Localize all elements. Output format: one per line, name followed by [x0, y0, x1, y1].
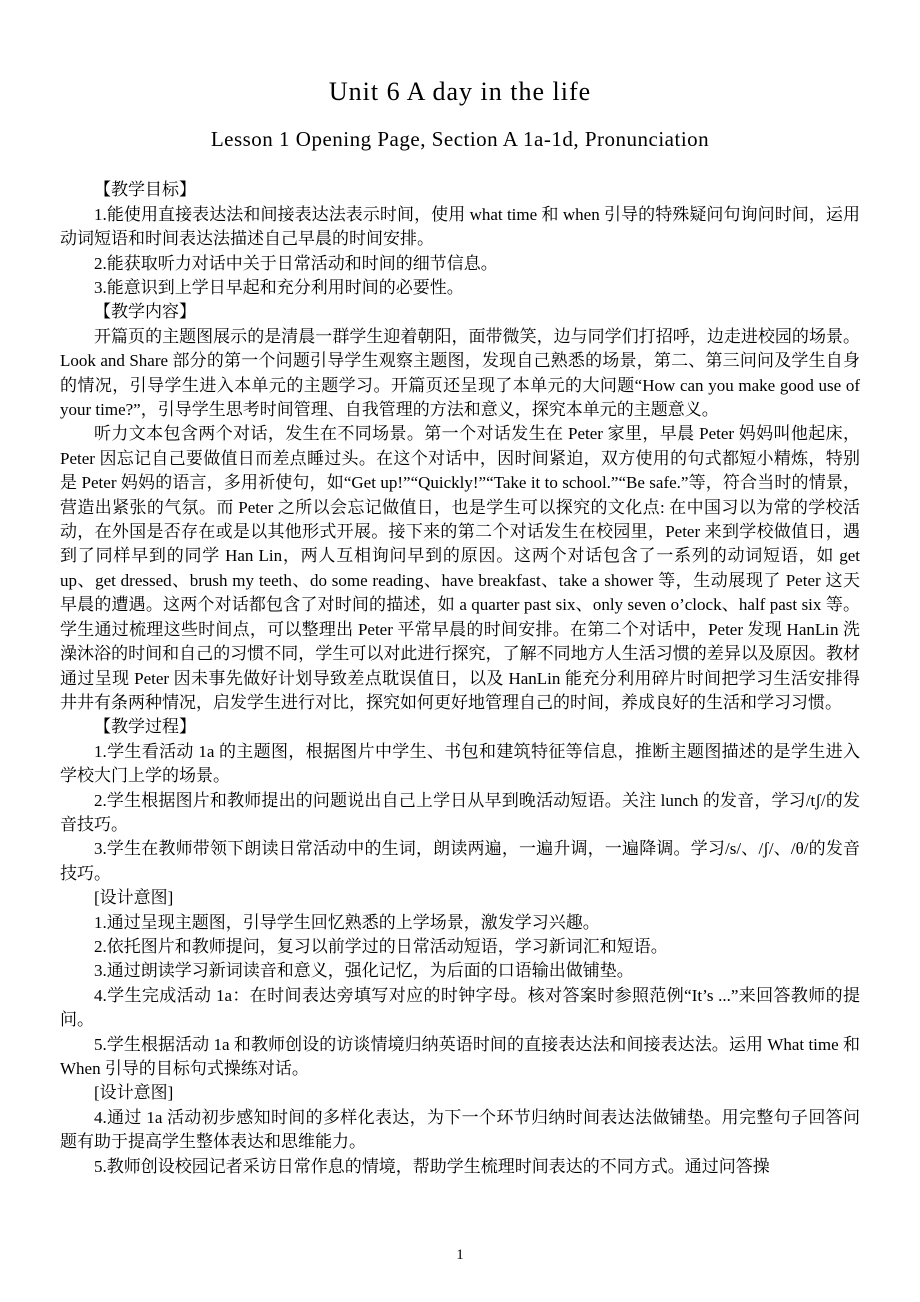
- body-paragraph: 开篇页的主题图展示的是清晨一群学生迎着朝阳，面带微笑，边与同学们打招呼，边走进校…: [60, 325, 860, 423]
- body-paragraph: 2.学生根据图片和教师提出的问题说出自己上学日从早到晚活动短语。关注 lunch…: [60, 789, 860, 838]
- section-heading-content: 【教学内容】: [60, 300, 860, 324]
- body-paragraph: 听力文本包含两个对话，发生在不同场景。第一个对话发生在 Peter 家里，早晨 …: [60, 422, 860, 715]
- document-page: Unit 6 A day in the life Lesson 1 Openin…: [0, 0, 920, 1302]
- design-intent-heading: [设计意图]: [60, 886, 860, 910]
- design-intent-heading: [设计意图]: [60, 1081, 860, 1105]
- body-paragraph: 2.能获取听力对话中关于日常活动和时间的细节信息。: [60, 252, 860, 276]
- body-paragraph: 2.依托图片和教师提问，复习以前学过的日常活动短语，学习新词汇和短语。: [60, 935, 860, 959]
- body-paragraph: 1.通过呈现主题图，引导学生回忆熟悉的上学场景，激发学习兴趣。: [60, 911, 860, 935]
- document-body: 【教学目标】 1.能使用直接表达法和间接表达法表示时间，使用 what time…: [60, 178, 860, 1179]
- document-title: Unit 6 A day in the life: [60, 76, 860, 107]
- section-heading-process: 【教学过程】: [60, 715, 860, 739]
- lesson-subtitle: Lesson 1 Opening Page, Section A 1a-1d, …: [60, 127, 860, 152]
- body-paragraph: 5.教师创设校园记者采访日常作息的情境，帮助学生梳理时间表达的不同方式。通过问答…: [60, 1155, 860, 1179]
- body-paragraph: 3.学生在教师带领下朗读日常活动中的生词，朗读两遍，一遍升调，一遍降调。学习/s…: [60, 837, 860, 886]
- body-paragraph: 1.学生看活动 1a 的主题图，根据图片中学生、书包和建筑特征等信息，推断主题图…: [60, 740, 860, 789]
- body-paragraph: 5.学生根据活动 1a 和教师创设的访谈情境归纳英语时间的直接表达法和间接表达法…: [60, 1033, 860, 1082]
- body-paragraph: 4.学生完成活动 1a：在时间表达旁填写对应的时钟字母。核对答案时参照范例“It…: [60, 984, 860, 1033]
- body-paragraph: 3.能意识到上学日早起和充分利用时间的必要性。: [60, 276, 860, 300]
- page-number: 1: [0, 1247, 920, 1264]
- body-paragraph: 3.通过朗读学习新词读音和意义，强化记忆，为后面的口语输出做铺垫。: [60, 959, 860, 983]
- section-heading-objectives: 【教学目标】: [60, 178, 860, 202]
- body-paragraph: 1.能使用直接表达法和间接表达法表示时间，使用 what time 和 when…: [60, 203, 860, 252]
- body-paragraph: 4.通过 1a 活动初步感知时间的多样化表达，为下一个环节归纳时间表达法做铺垫。…: [60, 1106, 860, 1155]
